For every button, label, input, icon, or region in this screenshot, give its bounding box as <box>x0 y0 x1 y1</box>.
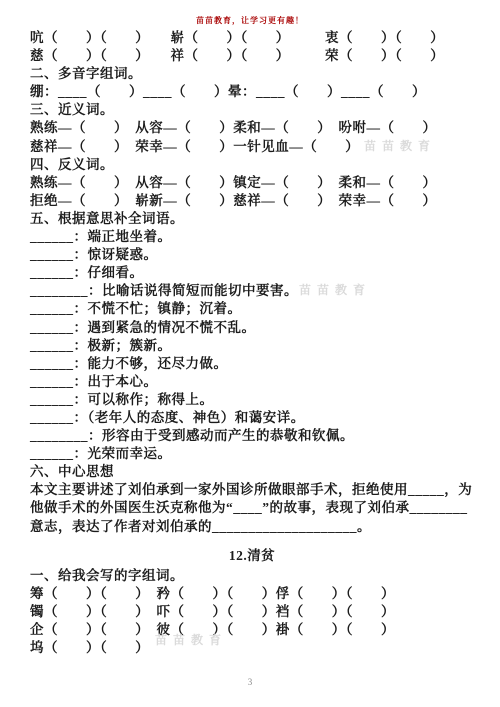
antonym-row: 拒绝—（ ） 崭新—（ ）慈祥—（ ） 荣幸—（ ） <box>30 192 474 210</box>
lesson-title: 12.清贫 <box>30 547 474 565</box>
page-number: 3 <box>0 677 500 687</box>
definition-item: ______：可以称作；称得上。 <box>30 391 474 409</box>
worksheet-page: 苗苗教育，让学习更有趣！ 吭（ ）（ ） 崭（ ）（ ） 衷（ ）（ ） 慈（ … <box>0 0 500 707</box>
section-heading-synonyms: 三、近义词。 <box>30 101 474 119</box>
word-form-row: 慈（ ）（ ） 祥（ ）（ ） 荣（ ）（ ） <box>30 47 474 65</box>
definition-item: ______：惊讶疑惑。 <box>30 246 474 264</box>
definition-item: ______：遇到紧急的情况不慌不乱。 <box>30 319 474 337</box>
section-heading-antonyms: 四、反义词。 <box>30 156 474 174</box>
section-heading-word-form: 一、给我会写的字组词。 <box>30 567 474 585</box>
definition-item: ______：光荣而幸运。 <box>30 445 474 463</box>
worksheet-content: 吭（ ）（ ） 崭（ ）（ ） 衷（ ）（ ） 慈（ ）（ ） 祥（ ）（ ） … <box>30 29 474 657</box>
word-form-row: 企（ ）（ ） 彼（ ）（ ）褂（ ）（ ） <box>30 621 474 639</box>
summary-line: 本文主要讲述了刘伯承到一家外国诊所做眼部手术，拒绝使用_____，为 <box>30 481 474 499</box>
definition-item: ________：比喻话说得简短而能切中要害。 <box>30 282 474 300</box>
word-form-row: 坞（ ）（ ） <box>30 639 474 657</box>
word-form-row: 吭（ ）（ ） 崭（ ）（ ） 衷（ ）（ ） <box>30 29 474 47</box>
definition-item: ______：不慌不忙；镇静；沉着。 <box>30 300 474 318</box>
definition-item: ________：形容由于受到感动而产生的恭敬和钦佩。 <box>30 427 474 445</box>
word-form-row: 镯（ ）（ ） 吓（ ）（ ）裆（ ）（ ） <box>30 603 474 621</box>
definition-item: ______：（老年人的态度、神色）和蔼安详。 <box>30 409 474 427</box>
summary-line: 意志，表达了作者对刘伯承的____________________。 <box>30 518 474 536</box>
word-form-row: 筹（ ）（ ） 矜（ ）（ ）俘（ ）（ ） <box>30 585 474 603</box>
definition-item: ______：仔细看。 <box>30 264 474 282</box>
definition-item: ______：能力不够，还尽力做。 <box>30 355 474 373</box>
definition-item: ______：极新；簇新。 <box>30 337 474 355</box>
antonym-row: 熟练—（ ） 从容—（ ）镇定—（ ） 柔和—（ ） <box>30 174 474 192</box>
section-heading-polyphone: 二、多音字组词。 <box>30 65 474 83</box>
summary-line: 他做手术的外国医生沃克称他为“____”的故事，表现了刘伯承________ <box>30 499 474 517</box>
definition-item: ______：端正地坐着。 <box>30 228 474 246</box>
section-heading-definitions: 五、根据意思补全词语。 <box>30 210 474 228</box>
synonym-row: 慈祥—（ ） 荣幸—（ ）一针见血—（ ） <box>30 138 474 156</box>
synonym-row: 熟练—（ ） 从容—（ ）柔和—（ ） 吩咐—（ ） <box>30 119 474 137</box>
section-heading-main-idea: 六、中心思想 <box>30 463 474 481</box>
polyphone-row: 绷：____（ ）____（ ）晕：____（ ）____（ ） <box>30 83 474 101</box>
header-slogan: 苗苗教育，让学习更有趣！ <box>0 15 500 26</box>
definition-item: ______：出于本心。 <box>30 373 474 391</box>
